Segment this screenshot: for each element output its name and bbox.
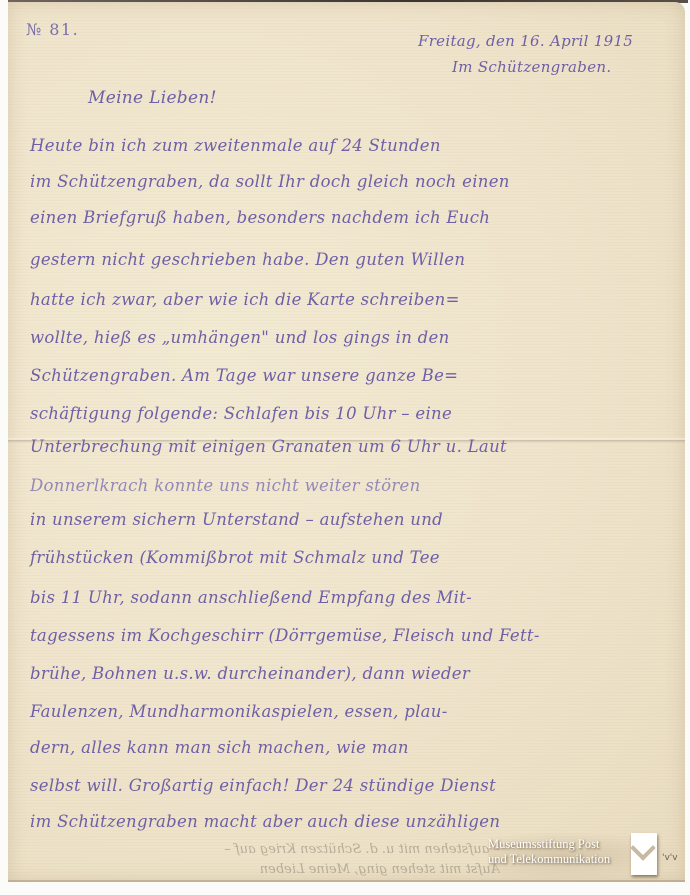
bleed-through-text: Aufst mit stehen ging, Meine Lieben — [20, 862, 500, 877]
letter-line: im Schützengraben, da sollt Ihr doch gle… — [30, 172, 510, 191]
letter-number: № 81. — [26, 20, 79, 39]
letter-line: Heute bin ich zum zweitenmale auf 24 Stu… — [30, 136, 441, 155]
letter-line: Faulenzen, Mundharmonikaspielen, essen, … — [30, 702, 448, 721]
letter-line: in unserem sichern Unterstand – aufstehe… — [30, 510, 443, 529]
place-date: Freitag, den 16. April 1915 — [418, 32, 633, 50]
letter-scan: № 81. Freitag, den 16. April 1915 Im Sch… — [0, 0, 690, 895]
bleed-through-text: – aufstehen mit u. d. Schützen Krieg auf… — [20, 842, 500, 857]
letter-line: Unterbrechung mit einigen Granaten um 6 … — [30, 437, 507, 456]
letter-line: dern, alles kann man sich machen, wie ma… — [30, 738, 409, 757]
letter-line: selbst will. Großartig einfach! Der 24 s… — [30, 776, 496, 795]
letter-line: frühstücken (Kommißbrot mit Schmalz und … — [30, 548, 440, 567]
salutation: Meine Lieben! — [88, 88, 217, 108]
letter-line: Donnerlkrach konnte uns nicht weiter stö… — [30, 476, 421, 495]
letter-line: tagessens im Kochgeschirr (Dörrgemüse, F… — [30, 626, 540, 645]
museum-watermark: Museumsstiftung Post und Telekommunikati… — [488, 833, 678, 879]
paper-bottom-edge — [8, 880, 685, 882]
letter-line: wollte, hieß es „umhängen" und los gings… — [30, 328, 450, 347]
letter-line: Schützengraben. Am Tage war unsere ganze… — [30, 366, 458, 385]
watermark-line-1: Museumsstiftung Post — [488, 837, 599, 851]
letter-line: bis 11 Uhr, sodann anschließend Empfang … — [30, 588, 472, 607]
letter-line: hatte ich zwar, aber wie ich die Karte s… — [30, 290, 460, 309]
letter-line: gestern nicht geschrieben habe. Den gute… — [30, 250, 465, 269]
envelope-check-logo-icon — [631, 833, 657, 875]
watermark-mark: 'v'v — [662, 853, 678, 863]
writing-location: Im Schützengraben. — [452, 58, 611, 76]
letter-line: brühe, Bohnen u.s.w. durcheinander), dan… — [30, 664, 470, 683]
letter-line: einen Briefgruß haben, besonders nachdem… — [30, 208, 490, 227]
letter-line: im Schützengraben macht aber auch diese … — [30, 812, 500, 831]
watermark-line-2: und Telekommunikation — [488, 852, 610, 866]
letter-line: schäftigung folgende: Schlafen bis 10 Uh… — [30, 404, 452, 423]
